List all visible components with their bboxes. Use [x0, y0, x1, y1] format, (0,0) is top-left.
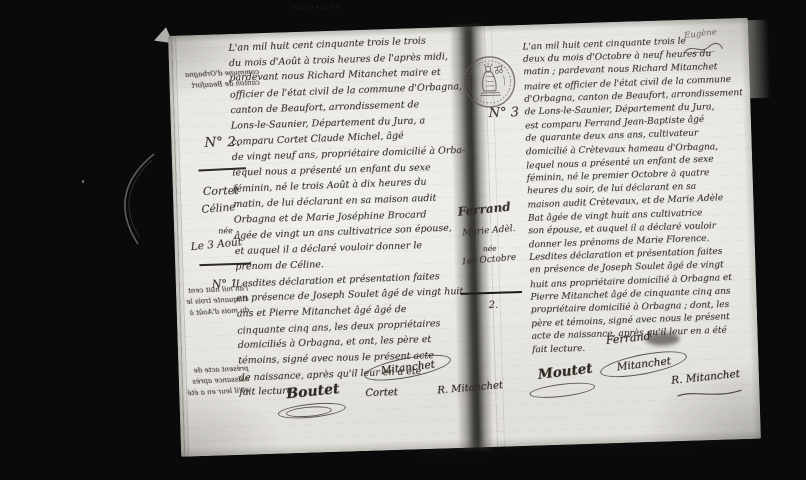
right-margin-born-label: née	[483, 244, 497, 253]
signature-underline-flourish	[675, 386, 745, 402]
right-act-text: L'an mil huit cent cinquante trois ledeu…	[522, 34, 750, 358]
right-margin-next-number: 2.	[488, 300, 498, 311]
dust-speck	[82, 180, 84, 183]
previous-page-header-text: NAISSANCES	[292, 5, 340, 12]
left-act-text: L'an mil huit cent cinquante trois le tr…	[228, 33, 473, 401]
register-scan: NAISSANCES l'an mil huit centcinquante t…	[0, 0, 806, 480]
right-margin-act-number: N° 3	[488, 105, 519, 121]
left-margin-born-label: née	[218, 226, 233, 235]
official-round-seal-stamp	[461, 53, 519, 111]
signature-cortet: Cortet	[365, 387, 398, 399]
open-register-book: l'an mil huit centcinquante trois ledu m…	[168, 18, 761, 457]
left-margin-next-number: N° 1	[212, 277, 238, 291]
page-curl-edge	[112, 152, 158, 248]
